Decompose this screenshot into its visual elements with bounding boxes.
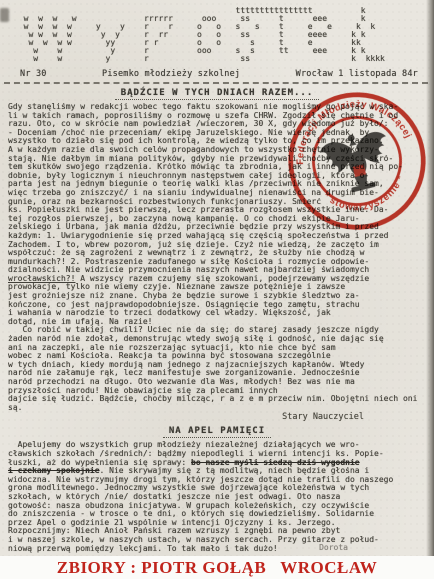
text-line: mundurkach?! 2. Postraszenie zadufanego … [8,258,428,267]
text-line: przez Apel o godzinie 21 wspólnie w inte… [8,519,428,528]
text-line: widoczna. Nie wstrzymujmy drogi tym, któ… [8,476,428,485]
page-edge-shadow [426,0,434,579]
text-line: przyszłości narodu! Nie obawiajcie się z… [8,387,428,396]
article-body: Apelujemy do wszystkich grup młodzieży n… [0,440,434,553]
text-line: gotowość: nasza obudzona inicjatywa. W g… [8,502,428,511]
text-line: w w w w y y r r o o s s t e e k k [14,23,434,31]
article-signature: Stary Nauczyciel [0,412,434,422]
text-line: Apelujemy do wszystkich grup młodzieży n… [8,441,428,450]
text-line: są. [8,404,428,413]
paper-subtitle: Pisemko młodzieży szkolnej [102,69,240,79]
text-line: jest groźniejsze niż znane. Chyba że będ… [8,292,428,301]
text-line: grona modlitewnego. Jednoczmy wszystkie … [8,484,428,493]
issue-number: Nr 30 [20,69,47,79]
article-title: NA APEL PAMIĘCI [163,426,271,438]
text-line: tttttttttttttttt k [14,7,434,15]
text-line: dotąd, nie im ufają. Na razie! [8,318,428,327]
page-scan: tttttttttttttttt k w w w w rrrrrr ooo ss… [0,0,434,579]
header-row: Nr 30 Pisemko młodzieży szkolnej Wrocław… [0,63,434,79]
article-signature: Dorota [319,543,348,552]
collection-banner-text: ZBIORY : PIOTR GOŁĄB WROCŁAW [57,558,377,578]
article-title: BĄDŹCIE W TYCH DNIACH RAZEM... [115,88,320,100]
text-line: wobec z nami Kościoła. Reakcja ta powinn… [8,352,428,361]
text-line: szkołach, w których /nie/ dostatki jeszc… [8,493,428,502]
text-line: wrocławskich?! A wszyscy razem czujemy s… [8,275,428,284]
text-line: niową przerwą pomiędzy lekcjami. To tak … [8,545,428,554]
text-line: w w y r ss k kkkk [14,55,434,63]
text-line: żaden naród nie zdołał, demonstrując wte… [8,335,428,344]
collection-banner: ZBIORY : PIOTR GOŁĄB WROCŁAW [0,556,434,579]
eagle-emblem [317,127,397,198]
text-line: prowokacje, tylko nie wiemy czyje. Niezn… [8,283,428,292]
article-2: NA APEL PAMIĘCI Apelujemy do wszystkich … [0,426,434,553]
text-line: Zachodem. I to, wbrew pozorom, już się d… [8,241,428,250]
text-line: ani na zaczepki, ale nie rozszerzając sy… [8,344,428,353]
text-line: w w w w rrrrrr ooo ss t eee k [14,15,434,23]
text-line: w w y r ooo s s tt eee k k [14,47,434,55]
text-line: dzialności. Nie widzicie przymocnienia n… [8,266,428,275]
text-line: każdym: 1. Uwiarygodnienie się przed wah… [8,232,428,241]
header-divider [4,82,428,84]
text-line: współczuć: że są zagrożeni z wewnątrz i … [8,249,428,258]
text-line: dajcie się łudzić. Bądźcie, choćby milcz… [8,395,428,404]
masthead-art: tttttttttttttttt k w w w w rrrrrr ooo ss… [0,0,434,63]
text-line: Co robić w takiej chwili? Uciec nie da s… [8,326,428,335]
text-line: w w w w y y r rr o o ss t eeee k k [14,31,434,39]
text-line: i czekamy spokojnie. Nie skrywajmy się z… [8,467,428,476]
text-line: kończone, co jest najprawdopodobniejsze.… [8,301,428,310]
text-line: w w w w yy r r o o s t e kk [14,39,434,47]
text-line: naród nie załamuje rąk, lecz manifestuje… [8,369,428,378]
text-line: do zniszczenia - w trosce o te dni, o kt… [8,510,428,519]
text-line: Rozpocznijmy: Niech Anioł Pański razem w… [8,527,428,536]
text-line: w tych dniach, kiedy mordują nam jednego… [8,361,428,370]
text-line: i wahania w narodzie to trzeci dodatkowy… [8,309,428,318]
text-line: i w naszej szkole, w naszych ustach, w n… [8,536,428,545]
text-line: naród przechodzi na długo. Oto wezwanie … [8,378,428,387]
text-line: łuszki, aż do wypełnienia się sprawy: bo… [8,459,428,468]
scan-corner-mark [0,8,9,22]
text-line: cławskich szkołach /średnich/: bądźmy ni… [8,450,428,459]
